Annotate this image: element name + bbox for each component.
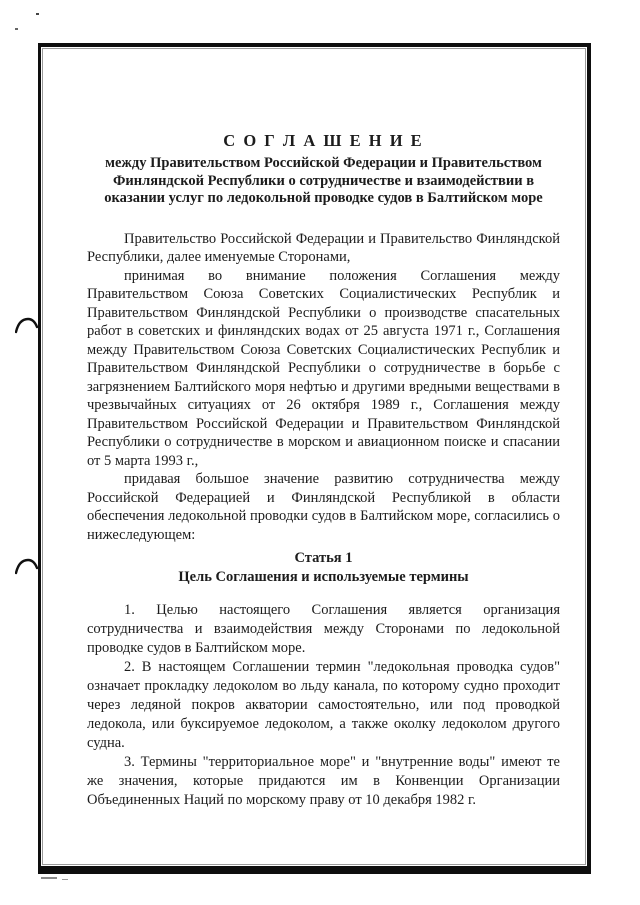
article-body: 1. Целью настоящего Соглашения является … [87,601,560,810]
article-paragraph: 2. В настоящем Соглашении термин "ледоко… [87,658,560,753]
article-title: Цель Соглашения и используемые термины [87,568,560,587]
preamble-paragraph: придавая большое значение развитию сотру… [87,470,560,544]
document-subtitle-line: оказании услуг по ледокольной проводке с… [87,190,560,208]
scan-speck [41,877,57,879]
margin-arc-mark-lower [15,557,39,575]
scan-speck [62,879,68,880]
margin-arc-mark-upper [15,317,39,335]
article-heading: Статья 1 Цель Соглашения и используемые … [87,549,560,587]
preamble-paragraph: принимая во внимание положения Соглашени… [87,267,560,471]
article-paragraph: 3. Термины "территориальное море" и "вну… [87,753,560,810]
preamble-section: Правительство Российской Федерации и Пра… [87,230,560,545]
document-subtitle-line: между Правительством Российской Федераци… [87,155,560,173]
scanned-document-page: С О Г Л А Ш Е Н И Е между Правительством… [0,0,640,905]
article-paragraph: 1. Целью настоящего Соглашения является … [87,601,560,658]
preamble-paragraph: Правительство Российской Федерации и Пра… [87,230,560,267]
scan-speck [15,28,18,30]
document-subtitle-line: Финляндской Республики о сотрудничестве … [87,173,560,191]
article-number: Статья 1 [87,549,560,568]
page-content: С О Г Л А Ш Е Н И Е между Правительством… [41,47,587,866]
scan-speck [36,13,39,15]
document-title: С О Г Л А Ш Е Н И Е [87,131,560,151]
document-subtitle: между Правительством Российской Федераци… [87,155,560,208]
page-frame: С О Г Л А Ш Е Н И Е между Правительством… [38,43,591,874]
